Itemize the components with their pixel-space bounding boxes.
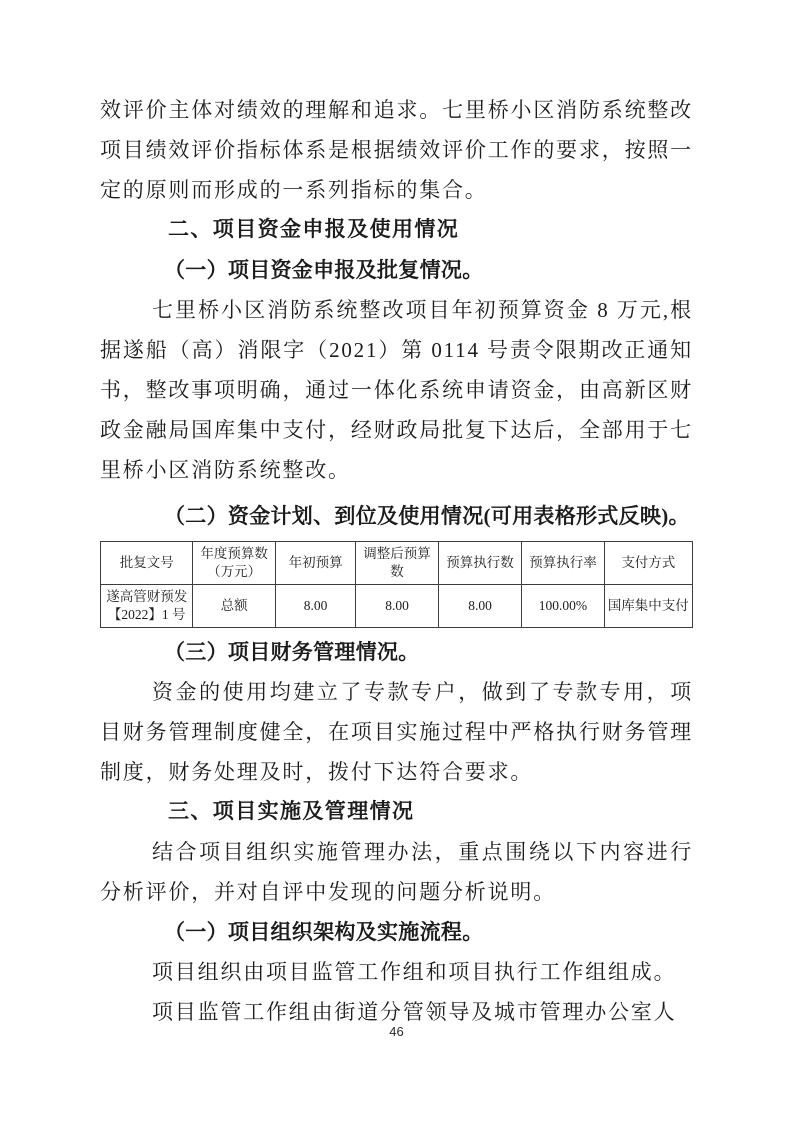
table-header-cell-approval-doc: 批复文号: [101, 542, 193, 585]
subheading-financial-management: （三）项目财务管理情况。: [100, 632, 693, 672]
table-cell-execution-rate: 100.00%: [522, 585, 604, 628]
table-cell-payment-method: 国库集中支付: [604, 585, 692, 628]
subheading-org-structure: （一）项目组织架构及实施流程。: [100, 912, 693, 952]
paragraph-implementation-intro: 结合项目组织实施管理办法，重点围绕以下内容进行分析评价，并对自评中发现的问题分析…: [100, 832, 693, 912]
table-cell-approval-doc: 遂高管财预发【2022】1 号: [101, 585, 193, 628]
table-header-cell-budget-executed: 预算执行数: [438, 542, 522, 585]
document-page: 效评价主体对绩效的理解和追求。七里桥小区消防系统整改项目绩效评价指标体系是根据绩…: [0, 0, 793, 1122]
paragraph-financial-management: 资金的使用均建立了专款专户，做到了专款专用，项目财务管理制度健全，在项目实施过程…: [100, 672, 693, 792]
table-cell-initial-budget: 8.00: [275, 585, 356, 628]
table-header-cell-adjusted-budget: 调整后预算数: [356, 542, 438, 585]
page-content: 效评价主体对绩效的理解和追求。七里桥小区消防系统整改项目绩效评价指标体系是根据绩…: [100, 90, 693, 1032]
section-heading-funds: 二、项目资金申报及使用情况: [100, 210, 693, 250]
table-cell-annual-budget: 总额: [193, 585, 275, 628]
table-header-cell-payment-method: 支付方式: [604, 542, 692, 585]
paragraph-org-composition: 项目组织由项目监管工作组和项目执行工作组组成。: [100, 952, 693, 992]
table-cell-budget-executed: 8.00: [438, 585, 522, 628]
table-header-cell-execution-rate: 预算执行率: [522, 542, 604, 585]
budget-table: 批复文号 年度预算数（万元） 年初预算 调整后预算数 预算执行数 预算执行率 支…: [100, 541, 693, 628]
table-cell-adjusted-budget: 8.00: [356, 585, 438, 628]
table-header-row: 批复文号 年度预算数（万元） 年初预算 调整后预算数 预算执行数 预算执行率 支…: [101, 542, 693, 585]
subheading-fund-application: （一）项目资金申报及批复情况。: [100, 250, 693, 290]
table-header-cell-initial-budget: 年初预算: [275, 542, 356, 585]
paragraph-indicator-intro: 效评价主体对绩效的理解和追求。七里桥小区消防系统整改项目绩效评价指标体系是根据绩…: [100, 90, 693, 210]
subheading-fund-plan: （二）资金计划、到位及使用情况(可用表格形式反映)。: [100, 496, 693, 536]
table-header-cell-annual-budget: 年度预算数（万元）: [193, 542, 275, 585]
section-heading-implementation: 三、项目实施及管理情况: [100, 792, 693, 832]
table-row: 遂高管财预发【2022】1 号 总额 8.00 8.00 8.00 100.00…: [101, 585, 693, 628]
page-number: 46: [0, 1024, 793, 1039]
paragraph-fund-application: 七里桥小区消防系统整改项目年初预算资金 8 万元,根据遂船（高）消限字（2021…: [100, 290, 693, 490]
